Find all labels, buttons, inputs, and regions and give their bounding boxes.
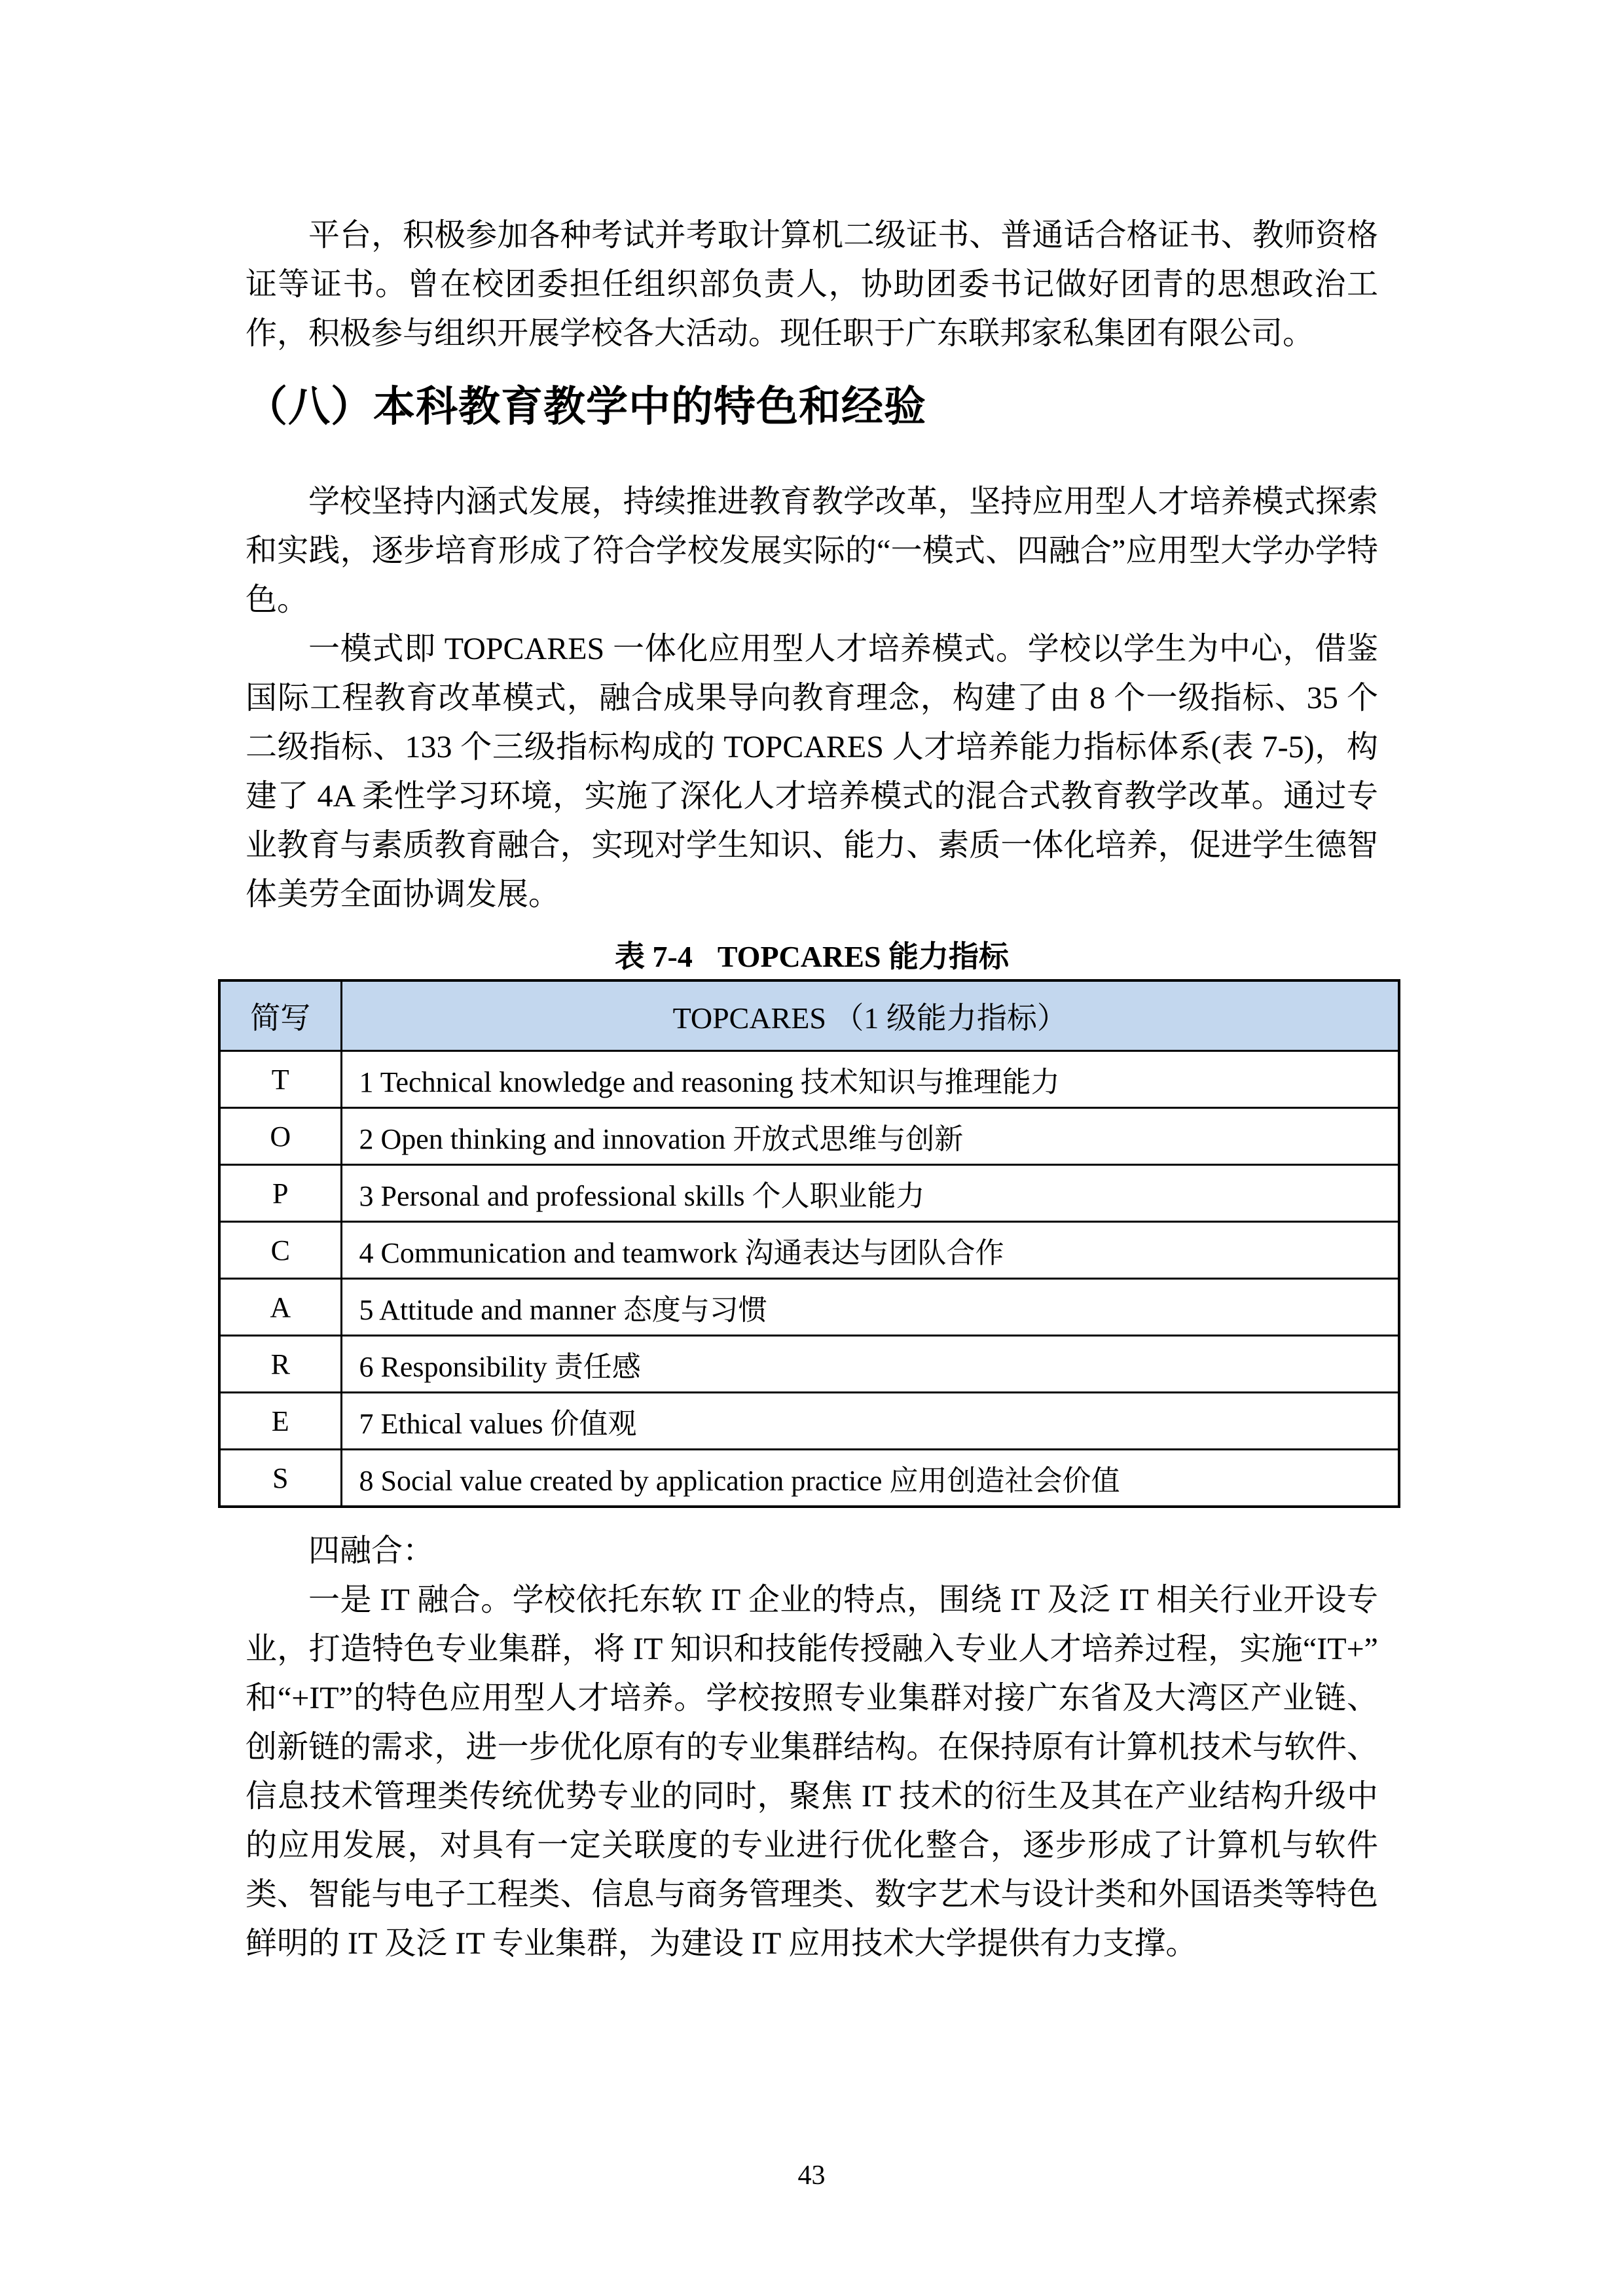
paragraph-one-model: 一模式即 TOPCARES 一体化应用型人才培养模式。学校以学生为中心，借鉴国际… <box>246 624 1378 919</box>
table-caption-title: TOPCARES 能力指标 <box>718 940 1009 973</box>
indicator-cell: 3 Personal and professional skills 个人职业能… <box>341 1165 1399 1222</box>
document-page: 平台，积极参加各种考试并考取计算机二级证书、普通话合格证书、教师资格证等证书。曾… <box>0 0 1623 2296</box>
abbr-cell: R <box>219 1336 341 1393</box>
abbr-cell: P <box>219 1165 341 1222</box>
table-row: O 2 Open thinking and innovation 开放式思维与创… <box>219 1108 1399 1165</box>
table-header-row: 简写 TOPCARES （1 级能力指标） <box>219 980 1399 1051</box>
table-row: P 3 Personal and professional skills 个人职… <box>219 1165 1399 1222</box>
column-header-indicator: TOPCARES （1 级能力指标） <box>341 980 1399 1051</box>
indicator-cell: 7 Ethical values 价值观 <box>341 1393 1399 1450</box>
indicator-cell: 8 Social value created by application pr… <box>341 1450 1399 1507</box>
table-row: E 7 Ethical values 价值观 <box>219 1393 1399 1450</box>
paragraph-it-fusion: 一是 IT 融合。学校依托东软 IT 企业的特点，围绕 IT 及泛 IT 相关行… <box>246 1575 1378 1968</box>
table-row: S 8 Social value created by application … <box>219 1450 1399 1507</box>
page-content: 平台，积极参加各种考试并考取计算机二级证书、普通话合格证书、教师资格证等证书。曾… <box>246 211 1378 1968</box>
indicator-cell: 5 Attitude and manner 态度与习惯 <box>341 1279 1399 1336</box>
table-row: R 6 Responsibility 责任感 <box>219 1336 1399 1393</box>
table-row: T 1 Technical knowledge and reasoning 技术… <box>219 1051 1399 1108</box>
paragraph-intro: 平台，积极参加各种考试并考取计算机二级证书、普通话合格证书、教师资格证等证书。曾… <box>246 211 1378 358</box>
paragraph-four-fusions-label: 四融合： <box>246 1526 1378 1575</box>
section-heading: （八）本科教育教学中的特色和经验 <box>246 378 1378 435</box>
indicator-cell: 6 Responsibility 责任感 <box>341 1336 1399 1393</box>
abbr-cell: E <box>219 1393 341 1450</box>
abbr-cell: T <box>219 1051 341 1108</box>
page-number: 43 <box>0 2157 1623 2194</box>
abbr-cell: O <box>219 1108 341 1165</box>
indicator-cell: 4 Communication and teamwork 沟通表达与团队合作 <box>341 1222 1399 1279</box>
table-caption-label: 表 7-4 <box>615 940 693 973</box>
indicator-cell: 2 Open thinking and innovation 开放式思维与创新 <box>341 1108 1399 1165</box>
table-caption: 表 7-4TOPCARES 能力指标 <box>246 936 1378 978</box>
abbr-cell: A <box>219 1279 341 1336</box>
table-row: A 5 Attitude and manner 态度与习惯 <box>219 1279 1399 1336</box>
abbr-cell: S <box>219 1450 341 1507</box>
indicator-cell: 1 Technical knowledge and reasoning 技术知识… <box>341 1051 1399 1108</box>
paragraph-overview: 学校坚持内涵式发展，持续推进教育教学改革，坚持应用型人才培养模式探索和实践，逐步… <box>246 477 1378 624</box>
table-row: C 4 Communication and teamwork 沟通表达与团队合作 <box>219 1222 1399 1279</box>
column-header-abbr: 简写 <box>219 980 341 1051</box>
topcares-indicator-table: 简写 TOPCARES （1 级能力指标） T 1 Technical know… <box>218 979 1400 1508</box>
abbr-cell: C <box>219 1222 341 1279</box>
